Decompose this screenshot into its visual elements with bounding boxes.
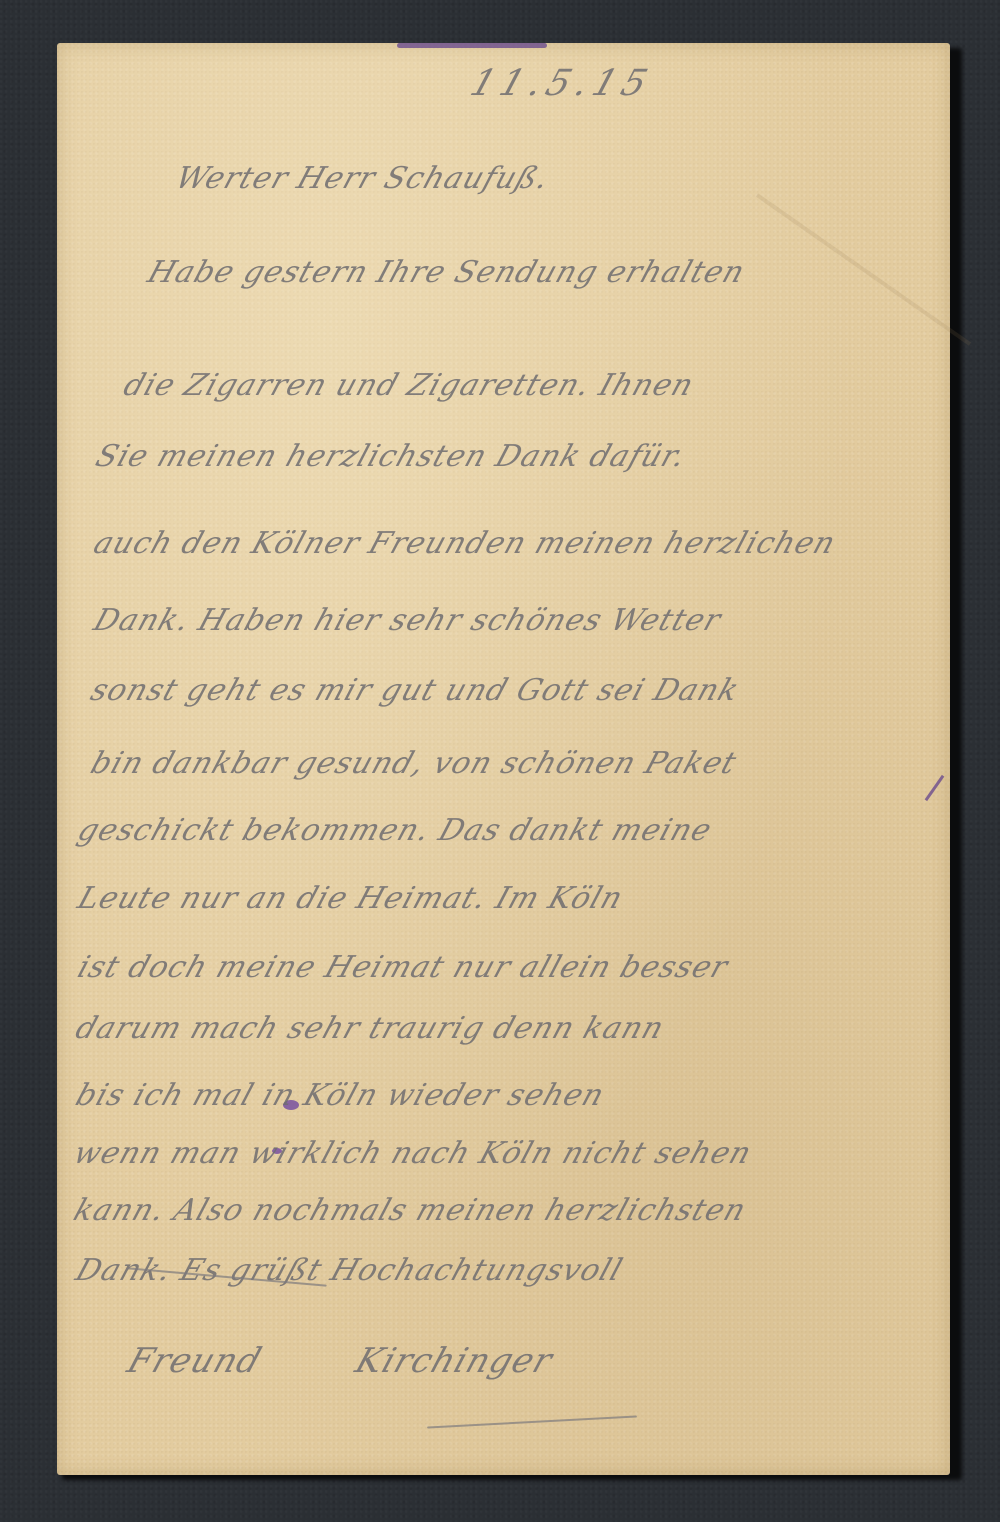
- stamp-mark-top: [397, 43, 547, 48]
- body-line: auch den Kölner Freunden meinen herzlich…: [89, 526, 840, 561]
- body-line: sonst geht es mir gut und Gott sei Dank: [86, 673, 744, 708]
- postcard: 11.5.15 Werter Herr Schaufuß. Habe geste…: [57, 43, 950, 1475]
- body-line: bis ich mal in Köln wieder sehen: [71, 1078, 609, 1113]
- body-line: ist doch meine Heimat nur allein besser: [73, 950, 732, 985]
- signature: Kirchinger: [351, 1341, 558, 1381]
- paper-crease: [756, 193, 971, 345]
- stamp-mark-right: [925, 775, 945, 801]
- body-line: Sie meinen herzlichsten Dank dafür.: [91, 439, 690, 474]
- letter-date: 11.5.15: [465, 63, 658, 104]
- letter-greeting: Werter Herr Schaufuß.: [171, 161, 554, 196]
- body-line: wenn man wirklich nach Köln nicht sehen: [69, 1136, 756, 1171]
- body-line: Dank. Haben hier sehr schönes Wetter: [89, 603, 726, 638]
- body-line: geschickt bekommen. Das dankt meine: [73, 813, 716, 848]
- body-line: darum mach sehr traurig denn kann: [71, 1011, 669, 1046]
- body-line: Habe gestern Ihre Sendung erhalten: [143, 255, 749, 290]
- body-line: die Zigarren und Zigaretten. Ihnen: [119, 368, 698, 403]
- body-line: kann. Also nochmals meinen herzlichsten: [69, 1193, 751, 1228]
- letter-closing: Freund: [123, 1341, 268, 1381]
- body-line: bin dankbar gesund, von schönen Paket: [86, 746, 741, 781]
- signature-underline: [427, 1416, 637, 1429]
- body-line: Leute nur an die Heimat. Im Köln: [73, 881, 627, 916]
